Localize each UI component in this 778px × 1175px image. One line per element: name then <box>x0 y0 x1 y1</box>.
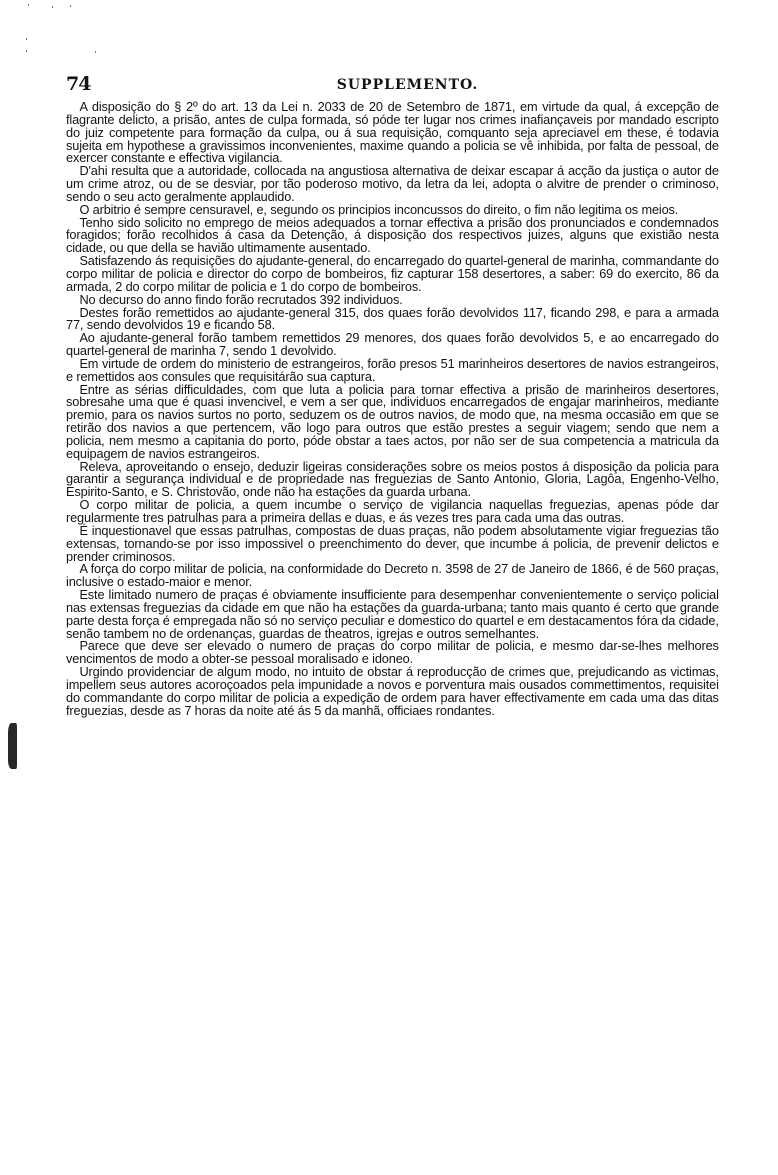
paragraph: Urgindo providenciar de algum modo, no i… <box>66 666 719 717</box>
paragraph: Satisfazendo ás requisições do ajudante-… <box>66 255 719 294</box>
document-page: 74 SUPPLEMENTO. A disposição do § 2º do … <box>66 74 719 718</box>
paragraph: Ao ajudante-general forão tambem remetti… <box>66 332 719 358</box>
scan-speckle <box>26 50 27 52</box>
scan-speckle <box>95 51 96 53</box>
paragraph: Destes forão remettidos ao ajudante-gene… <box>66 307 719 333</box>
paragraph: O corpo militar de policia, a quem incum… <box>66 499 719 525</box>
running-head: 74 SUPPLEMENTO. <box>66 74 719 96</box>
running-title: SUPPLEMENTO. <box>66 77 719 93</box>
paragraph: A disposição do § 2º do art. 13 da Lei n… <box>66 101 719 165</box>
scan-speckle <box>28 4 29 6</box>
paragraph: A força do corpo militar de policia, na … <box>66 563 719 589</box>
body-text: A disposição do § 2º do art. 13 da Lei n… <box>66 101 719 718</box>
paragraph: Este limitado numero de praças é obviame… <box>66 589 719 640</box>
paragraph: Tenho sido solicito no emprego de meios … <box>66 217 719 256</box>
scan-speckle <box>70 5 71 7</box>
paragraph: Em virtude de ordem do ministerio de est… <box>66 358 719 384</box>
paragraph: É inquestionavel que essas patrulhas, co… <box>66 525 719 564</box>
paragraph: Releva, aproveitando o ensejo, deduzir l… <box>66 461 719 500</box>
paragraph: Entre as sérias difficuldades, com que l… <box>66 384 719 461</box>
paragraph: D'ahi resulta que a autoridade, collocad… <box>66 165 719 204</box>
paragraph: Parece que deve ser elevado o numero de … <box>66 640 719 666</box>
binding-mark <box>8 723 17 769</box>
scan-speckle <box>26 38 27 40</box>
scan-speckle <box>52 6 53 8</box>
